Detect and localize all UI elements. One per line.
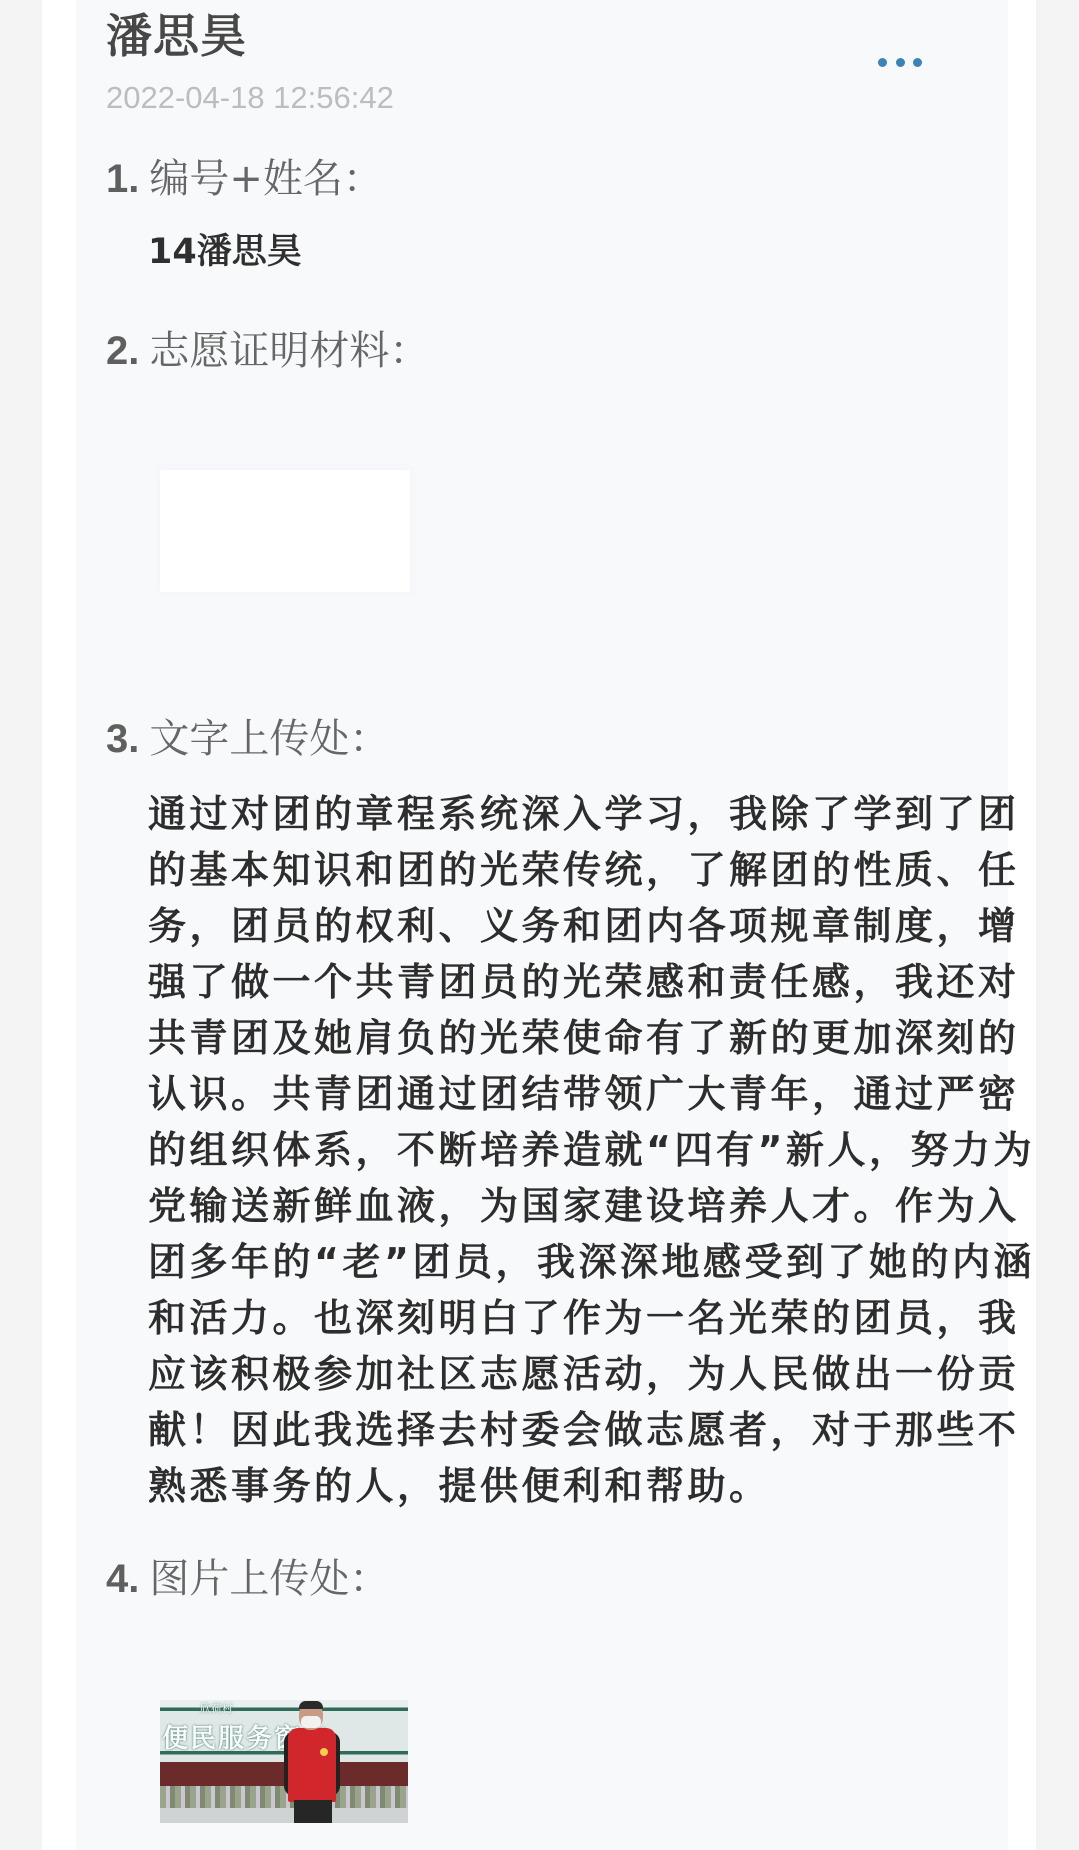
question-1-answer: 14潘思昊: [148, 230, 302, 274]
more-horizontal-icon: [878, 58, 887, 67]
answer-line: 共青团及她肩负的光荣使命有了新的更加深刻的: [148, 1010, 968, 1066]
photo-person-hair: [299, 1701, 323, 1709]
photo-person-vest: [288, 1728, 336, 1802]
question-label: 编号+姓名：: [149, 156, 383, 202]
photo-sign-village: 欣荷村: [200, 1700, 233, 1716]
question-number: 4.: [106, 1557, 139, 1601]
question-2-header: 2.志愿证明材料：: [106, 326, 429, 376]
question-3-answer: 通过对团的章程系统深入学习，我除了学到了团 的基本知识和团的光荣传统，了解团的性…: [148, 786, 968, 1514]
question-label: 图片上传处：: [149, 1556, 389, 1602]
answer-line: 团多年的“老”团员，我深深地感受到了她的内涵: [148, 1234, 968, 1290]
more-horizontal-icon: [896, 58, 905, 67]
question-label: 志愿证明材料：: [149, 328, 429, 374]
photo-person-legs: [294, 1800, 332, 1823]
answer-line: 的组织体系，不断培养造就“四有”新人，努力为: [148, 1122, 968, 1178]
question-number: 1.: [106, 157, 139, 201]
photo-ground: [160, 1808, 408, 1823]
answer-line: 通过对团的章程系统深入学习，我除了学到了团: [148, 786, 968, 842]
question-1-header: 1.编号+姓名：: [106, 154, 383, 204]
question-label: 文字上传处：: [149, 716, 389, 762]
answer-line: 应该积极参加社区志愿活动，为人民做出一份贡: [148, 1346, 968, 1402]
question-number: 3.: [106, 717, 139, 761]
answer-line: 务，团员的权利、义务和团内各项规章制度，增: [148, 898, 968, 954]
submission-timestamp: 2022-04-18 12:56:42: [106, 78, 394, 118]
more-horizontal-icon: [913, 58, 922, 67]
answer-line: 党输送新鲜血液，为国家建设培养人才。作为入: [148, 1178, 968, 1234]
photo-face-mask: [301, 1716, 321, 1728]
more-options-button[interactable]: [878, 48, 922, 76]
question-number: 2.: [106, 329, 139, 373]
question-3-header: 3.文字上传处：: [106, 714, 389, 764]
party-emblem-icon: [320, 1748, 328, 1756]
proof-material-image[interactable]: [160, 470, 410, 592]
answer-line: 的基本知识和团的光荣传统，了解团的性质、任: [148, 842, 968, 898]
answer-line: 强了做一个共青团员的光荣感和责任感，我还对: [148, 954, 968, 1010]
submitter-name: 潘思昊: [106, 6, 247, 66]
answer-line: 和活力。也深刻明白了作为一名光荣的团员，我: [148, 1290, 968, 1346]
answer-line: 认识。共青团通过团结带领广大青年，通过严密: [148, 1066, 968, 1122]
question-4-header: 4.图片上传处：: [106, 1554, 389, 1604]
answer-line: 熟悉事务的人，提供便利和帮助。: [148, 1458, 968, 1514]
volunteer-photo[interactable]: 欣荷村 便民服务窗口: [160, 1700, 408, 1823]
answer-line: 献！因此我选择去村委会做志愿者，对于那些不: [148, 1402, 968, 1458]
